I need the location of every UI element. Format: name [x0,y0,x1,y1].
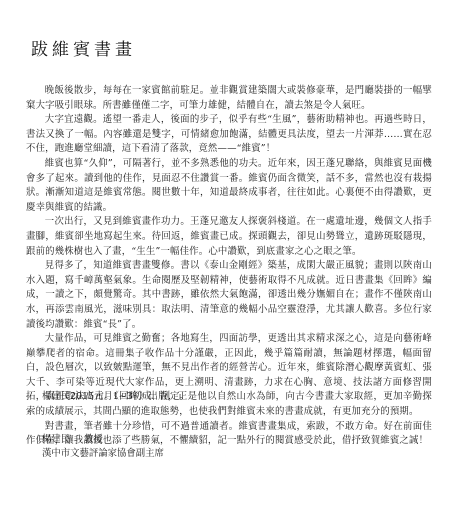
paragraph: 晚飯後散步，每每在一家賓館前駐足。並非觀賞建築闊大或裝修豪華，是門廳裝掛的一幅擘… [26,84,432,113]
paragraph: 維賓也算“久仰”，可隔著行，並不多熟悉他的功夫。近年來，因王蓬兄聯絡，與維賓見面… [26,157,432,215]
author-block: 楊建民教授 漢中市文藝評論家協會副主席 [42,433,164,461]
paragraph: 大字宜遠觀。遙望一番走人，後面的步子，似乎有些“生風”，藝術助精神也。再過些時日… [26,113,432,157]
author-name: 楊建民 [42,434,70,445]
paragraph: 一次出行，又見到維賓畫作功力。王蓬兄邀友人探褒斜棧道。在一處遺址邊，幾個文人指手… [26,215,432,259]
document-title: 跋維賓書畫 [31,40,136,60]
signoff-date: 楊建民2015元月1~3初成、削定。 [42,390,189,404]
author-affiliation: 漢中市文藝評論家協會副主席 [42,447,164,461]
paragraph: 見得多了，知道維賓書畫雙修。書以《泰山金剛經》築基，成閑大嚴正風貌；畫則以陝南山… [26,259,432,332]
author-title: 教授 [84,434,103,445]
document-page: 跋維賓書畫 晚飯後散步，每每在一家賓館前駐足。並非觀賞建築闊大或裝修豪華，是門廳… [0,0,450,521]
author-line: 楊建民教授 [42,433,164,447]
paragraph: 大量作品，可見維賓之勤奮；各地寫生，四面訪學，更透出其求精求深之心，這是向藝術峰… [26,332,432,420]
